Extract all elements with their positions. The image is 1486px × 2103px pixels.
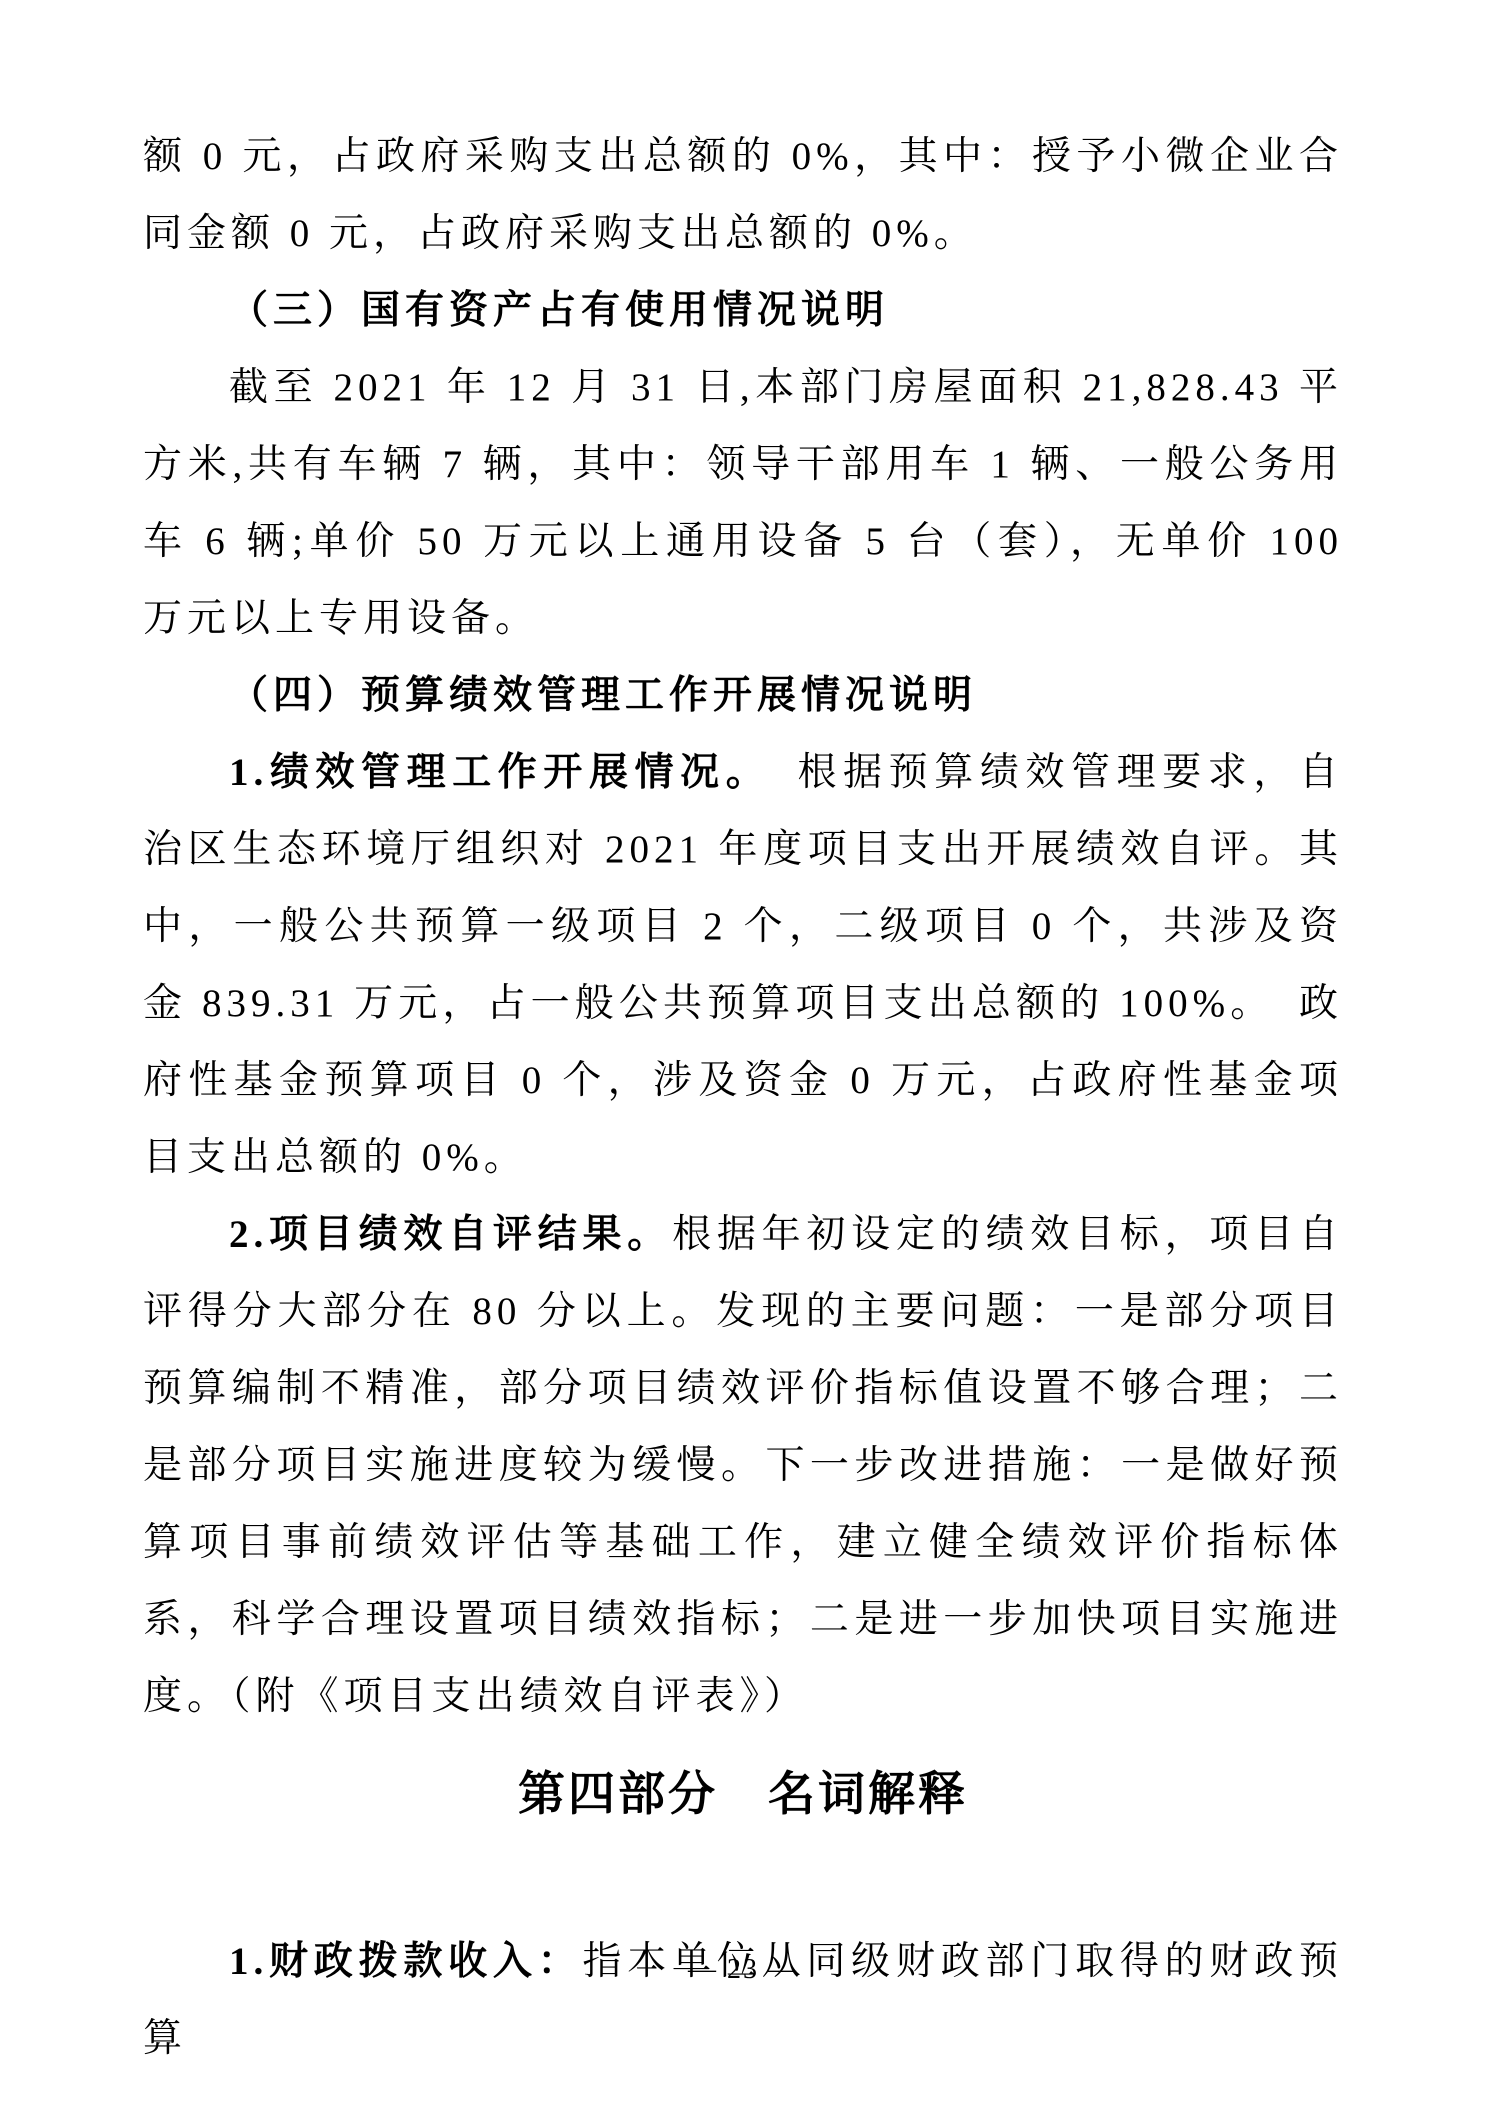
paragraph-term-fiscal-appropriation-income: 1.财政拨款收入：指本单位从同级财政部门取得的财政预算 — [143, 1923, 1343, 2077]
performance-management-lead: 1.绩效管理工作开展情况。 — [229, 751, 752, 794]
project-self-evaluation-lead: 2.项目绩效自评结果。 — [229, 1213, 672, 1256]
document-page: 额 0 元，占政府采购支出总额的 0%，其中：授予小微企业合同金额 0 元，占政… — [0, 0, 1486, 2103]
paragraph-performance-management: 1.绩效管理工作开展情况。 根据预算绩效管理要求，自治区生态环境厅组织对 202… — [143, 734, 1343, 1196]
page-content: 额 0 元，占政府采购支出总额的 0%，其中：授予小微企业合同金额 0 元，占政… — [143, 118, 1343, 2077]
performance-management-text: 根据预算绩效管理要求，自治区生态环境厅组织对 2021 年度项目支出开展绩效自评… — [143, 751, 1343, 1179]
project-self-evaluation-text: 根据年初设定的绩效目标，项目自评得分大部分在 80 分以上。发现的主要问题：一是… — [143, 1213, 1343, 1718]
heading-part-4-glossary: 第四部分 名词解释 — [143, 1763, 1343, 1825]
heading-section-3-state-assets: （三）国有资产占有使用情况说明 — [143, 272, 1343, 349]
paragraph-procurement-carryover: 额 0 元，占政府采购支出总额的 0%，其中：授予小微企业合同金额 0 元，占政… — [143, 118, 1343, 272]
paragraph-project-self-evaluation: 2.项目绩效自评结果。根据年初设定的绩效目标，项目自评得分大部分在 80 分以上… — [143, 1196, 1343, 1735]
page-number: — 23 — — [0, 1950, 1486, 1990]
heading-section-4-budget-performance: （四）预算绩效管理工作开展情况说明 — [143, 657, 1343, 734]
paragraph-state-assets: 截至 2021 年 12 月 31 日,本部门房屋面积 21,828.43 平方… — [143, 349, 1343, 657]
